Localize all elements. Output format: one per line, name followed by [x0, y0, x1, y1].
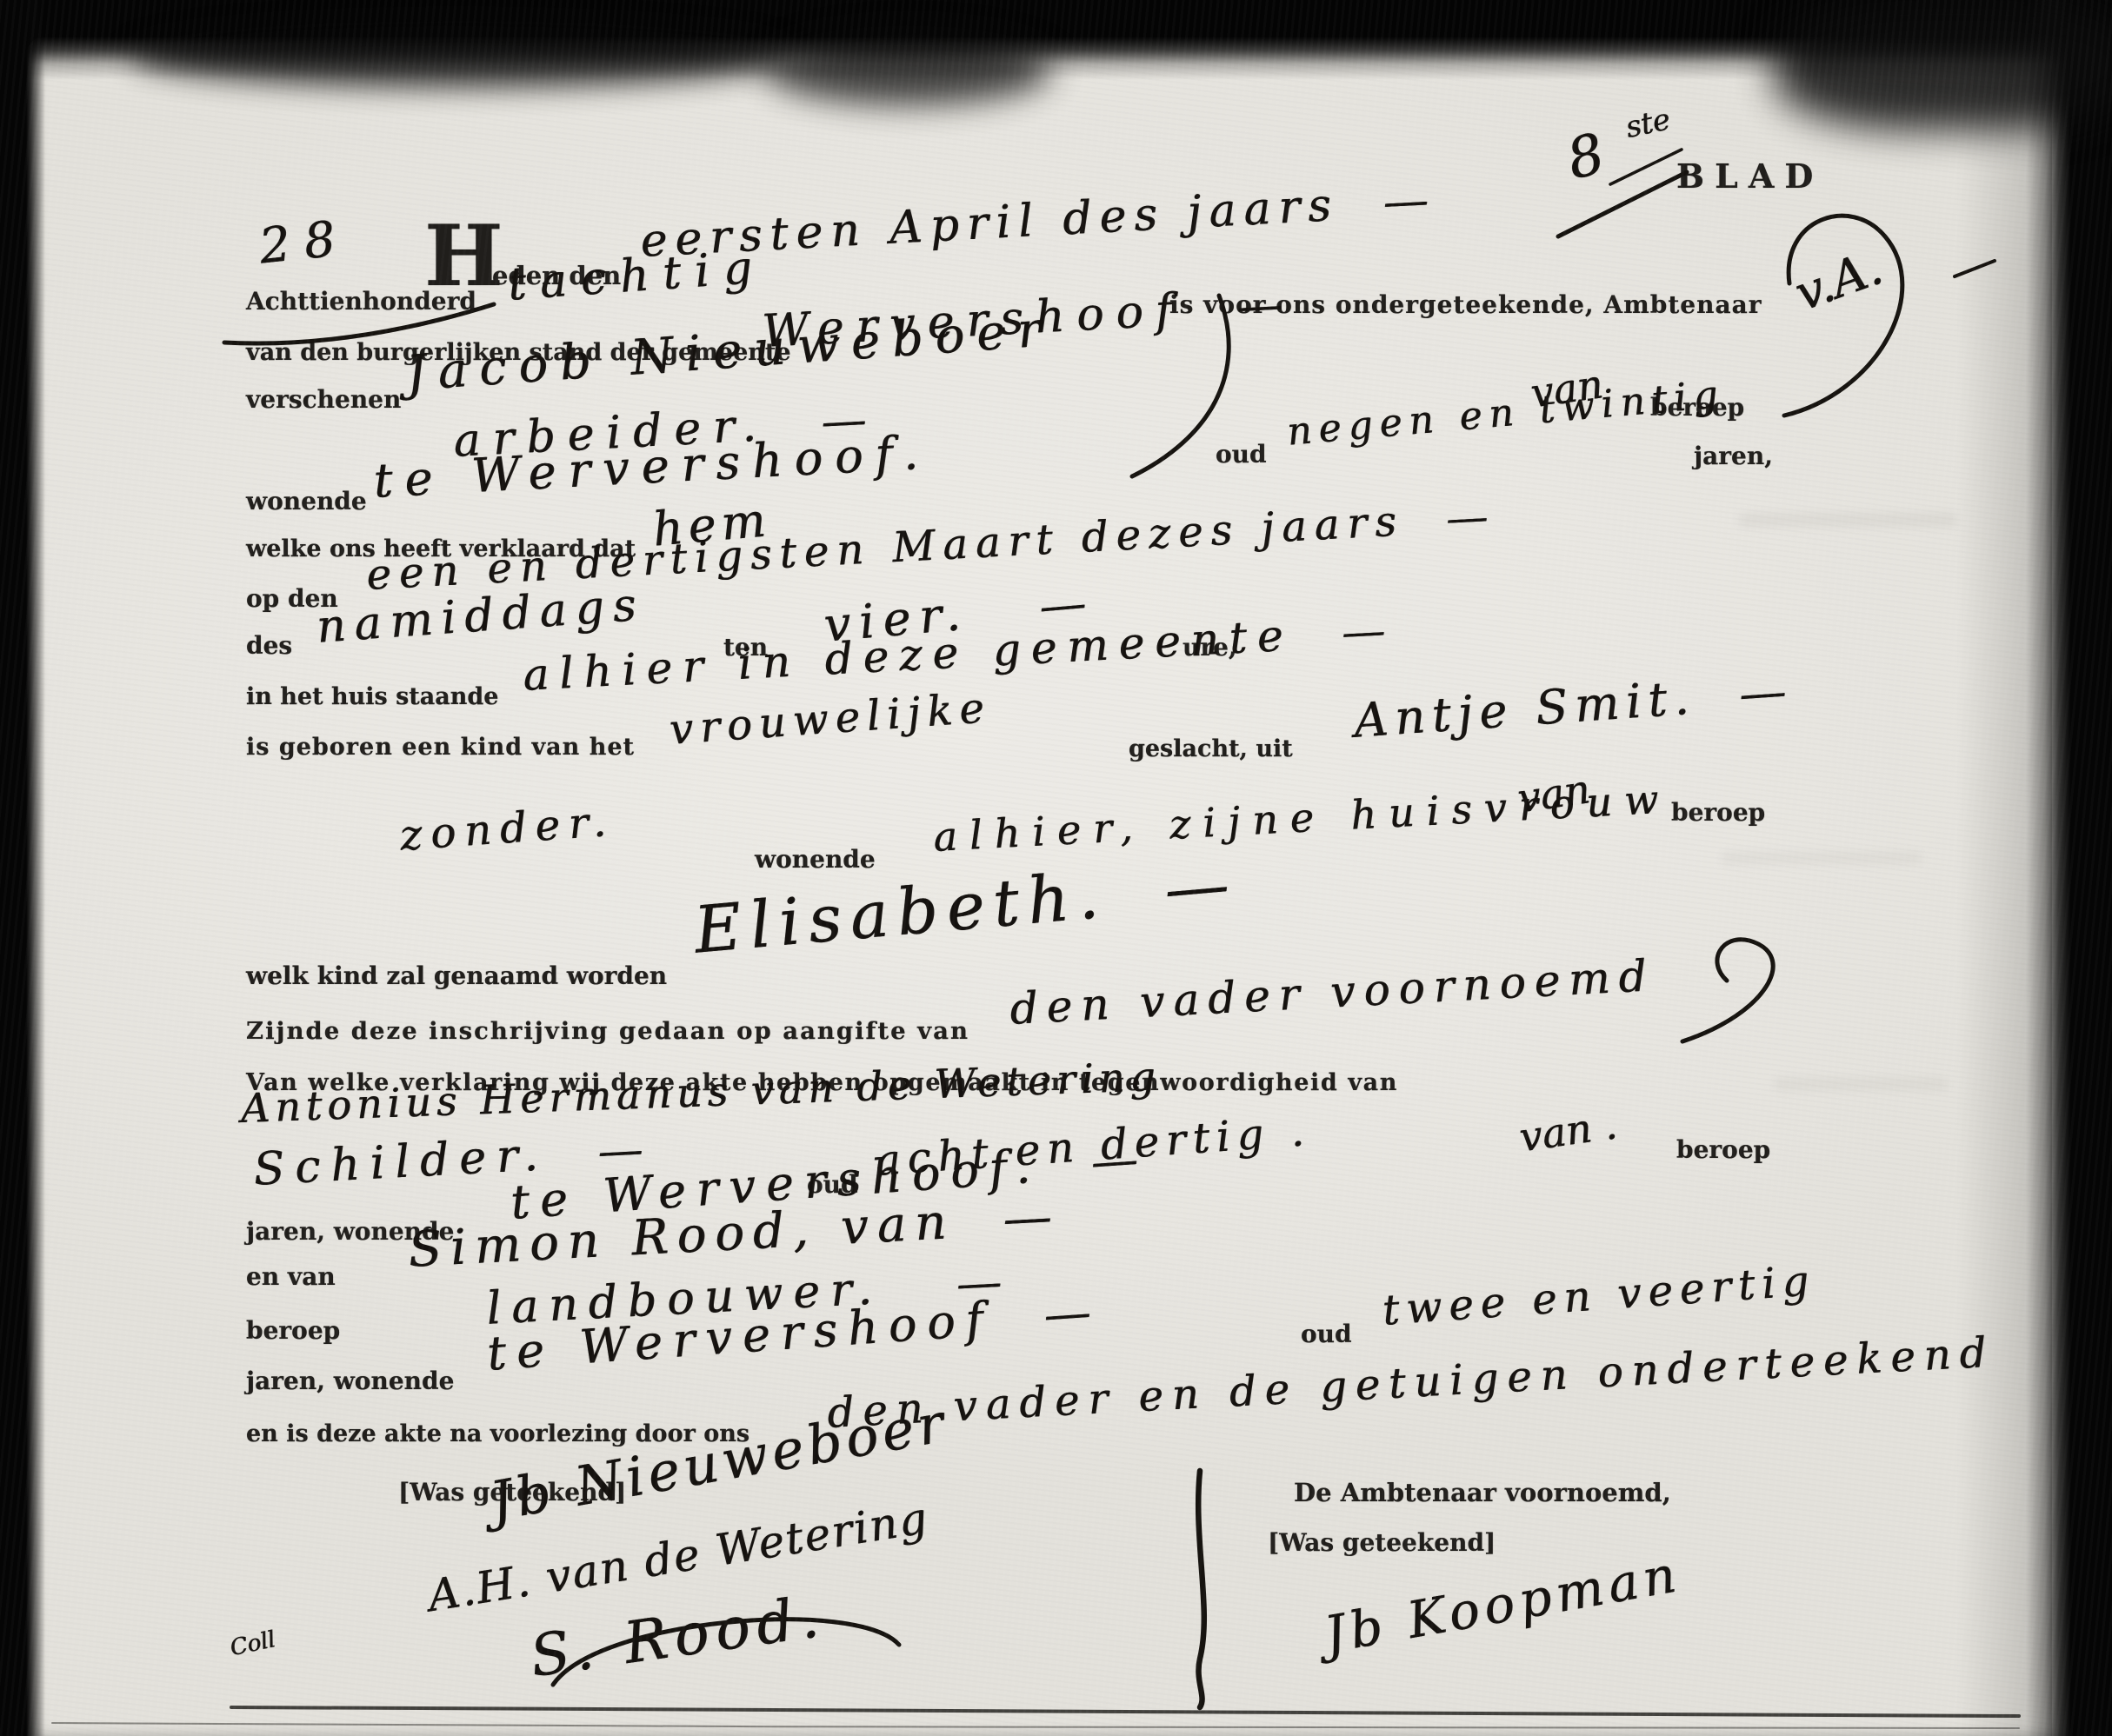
printed-jaren-1: jaren,: [1694, 442, 1773, 470]
printed-achttienhonderd: Achttienhonderd: [246, 287, 476, 316]
printed-geboren: is geboren een kind van het: [246, 734, 635, 761]
printed-en-van: en van: [246, 1262, 336, 1291]
sheet-word: BLAD: [1676, 156, 1823, 196]
printed-wonende-2: wonende: [755, 845, 876, 874]
printed-wonende-1: wonende: [246, 487, 367, 515]
printed-beroep-4: beroep: [246, 1316, 340, 1345]
printed-naam-label: welk kind zal genaamd worden: [246, 961, 667, 990]
printed-oud-3: oud: [1301, 1320, 1352, 1348]
printed-aangifte: Zijnde deze inschrijving gedaan op aangi…: [246, 1017, 969, 1045]
printed-geslacht-uit: geslacht, uit: [1129, 735, 1293, 762]
printed-ambtenaar-heading: De Ambtenaar voornoemd,: [1294, 1478, 1671, 1507]
printed-huis: in het huis staande: [246, 683, 498, 710]
printed-beroep-3: beroep: [1676, 1135, 1770, 1164]
scanned-birth-record: 8 ste BLAD v.A. 28 H eden den eersten Ap…: [0, 0, 2112, 1736]
printed-beroep-2: beroep: [1671, 798, 1765, 827]
printed-oud-1: oud: [1216, 440, 1267, 469]
printed-was-geteekend-right: [Was geteekend]: [1268, 1528, 1496, 1557]
printed-jaren-wonende-3: jaren, wonende: [246, 1367, 454, 1395]
printed-verschenen: verschenen: [246, 385, 401, 414]
printed-des: des: [246, 631, 292, 660]
act-number: 28: [257, 210, 351, 275]
